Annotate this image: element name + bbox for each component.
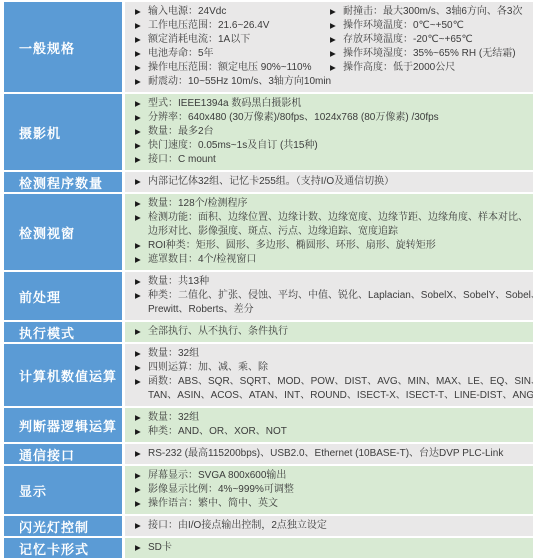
spec-item-text: 数量：32组 [148,411,199,425]
spec-row-columns: ▶全部执行、从不执行、条件执行 [135,325,529,339]
spec-row-content: ▶内部记忆体32组、记忆卡255组。（支持I/O及通信切换） [125,172,533,192]
spec-item-text: 接口：C mount [148,153,216,167]
spec-item: ▶边形对比、影像强度、斑点、污点、边缘追踪、宽度追踪 [135,225,529,239]
spec-column: ▶数量：32组▶四则运算：加、减、乘、除▶函数：ABS、SQR、SQRT、MOD… [135,347,529,403]
spec-item-text: 操作高度：低于2000公尺 [343,61,455,75]
triangle-bullet-icon: ▶ [135,153,148,167]
spec-table: 一般规格 ▶输入电源：24Vdc▶工作电压范围：21.6~26.4V▶额定消耗电… [0,0,533,558]
spec-item-text: 快门速度：0.05ms~1s及自订 (共15种) [148,139,318,153]
spec-row: 检测程序数量 ▶内部记忆体32组、记忆卡255组。（支持I/O及通信切换） [4,172,533,192]
spec-item-text: SD卡 [148,541,172,555]
spec-row-content: ▶全部执行、从不执行、条件执行 [125,322,533,342]
spec-item: ▶数量：32组 [135,411,529,425]
spec-item: ▶RS-232 (最高115200bps)、USB2.0、Ethernet (1… [135,447,529,461]
spec-item: ▶数量：128个/检测程序 [135,197,529,211]
spec-item: ▶屏幕显示：SVGA 800x600输出 [135,469,529,483]
spec-row-columns: ▶数量：32组▶四则运算：加、减、乘、除▶函数：ABS、SQR、SQRT、MOD… [135,347,529,403]
triangle-bullet-icon: ▶ [330,47,343,61]
spec-column: ▶全部执行、从不执行、条件执行 [135,325,529,339]
spec-item: ▶影像显示比例：4%~999%可调整 [135,483,529,497]
spec-column: ▶型式：IEEE1394a 数码黑白摄影机▶分辨率：640x480 (30万像素… [135,97,529,167]
spec-row-content: ▶RS-232 (最高115200bps)、USB2.0、Ethernet (1… [125,444,533,464]
spec-row-label: 摄影机 [4,94,122,170]
triangle-bullet-icon: ▶ [135,361,148,375]
triangle-bullet-icon: ▶ [135,75,148,89]
triangle-bullet-icon: ▶ [135,111,148,125]
spec-item: ▶操作语言：繁中、简中、英文 [135,497,529,511]
spec-row-content: ▶屏幕显示：SVGA 800x600输出▶影像显示比例：4%~999%可调整▶操… [125,466,533,514]
spec-column: ▶数量：共13种▶种类：二值化、扩张、侵蚀、平均、中值、锐化、Laplacian… [135,275,529,317]
spec-item: ▶快门速度：0.05ms~1s及自订 (共15种) [135,139,529,153]
triangle-bullet-icon: ▶ [330,5,343,19]
spec-item-text: 数量：共13种 [148,275,209,289]
spec-item: ▶操作电压范围：额定电压 90%~110% [135,61,330,75]
spec-row-content: ▶输入电源：24Vdc▶工作电压范围：21.6~26.4V▶额定消耗电流：1A以… [125,2,533,92]
spec-item: ▶四则运算：加、减、乘、除 [135,361,529,375]
triangle-bullet-icon: ▶ [330,33,343,47]
spec-item: ▶内部记忆体32组、记忆卡255组。（支持I/O及通信切换） [135,175,529,189]
triangle-bullet-icon: ▶ [135,33,148,47]
spec-column: ▶RS-232 (最高115200bps)、USB2.0、Ethernet (1… [135,447,529,461]
triangle-bullet-icon: ▶ [135,541,148,555]
spec-item: ▶Prewitt、Roberts、差分 [135,303,529,317]
spec-item-text: 影像显示比例：4%~999%可调整 [148,483,294,497]
spec-row-label: 闪光灯控制 [4,516,122,536]
triangle-bullet-icon: ▶ [135,5,148,19]
spec-item-text: 操作环境温度：0℃~+50℃ [343,19,464,33]
spec-row-columns: ▶数量：共13种▶种类：二值化、扩张、侵蚀、平均、中值、锐化、Laplacian… [135,275,529,317]
spec-item: ▶输入电源：24Vdc [135,5,330,19]
triangle-bullet-icon: ▶ [135,19,148,33]
spec-row-columns: ▶内部记忆体32组、记忆卡255组。（支持I/O及通信切换） [135,175,529,189]
spec-item-text: RS-232 (最高115200bps)、USB2.0、Ethernet (10… [148,447,503,461]
spec-row-columns: ▶屏幕显示：SVGA 800x600输出▶影像显示比例：4%~999%可调整▶操… [135,469,529,511]
spec-row-label: 判断器逻辑运算 [4,408,122,442]
spec-row: 记忆卡形式 ▶SD卡 [4,538,533,558]
spec-item: ▶耐撞击：最大300m/s、3轴6方向、各3次 [330,5,529,19]
spec-item: ▶接口：由I/O接点输出控制，2点独立设定 [135,519,529,533]
spec-item-text: 存放环境温度：-20℃~+65℃ [343,33,473,47]
spec-item: ▶遮罩数目：4个/检视窗口 [135,253,529,267]
spec-column: ▶SD卡 [135,541,529,555]
spec-item: ▶存放环境温度：-20℃~+65℃ [330,33,529,47]
spec-column: ▶接口：由I/O接点输出控制，2点独立设定 [135,519,529,533]
spec-row-label: 显示 [4,466,122,514]
spec-row-columns: ▶RS-232 (最高115200bps)、USB2.0、Ethernet (1… [135,447,529,461]
spec-item-text: TAN、ASIN、ACOS、ATAN、INT、ROUND、ISECT-X、ISE… [148,389,533,403]
spec-column: ▶数量：128个/检测程序▶检测功能：面积、边缘位置、边缘计数、边缘宽度、边缘节… [135,197,529,267]
spec-row-content: ▶数量：32组▶种类：AND、OR、XOR、NOT [125,408,533,442]
triangle-bullet-icon: ▶ [135,469,148,483]
spec-item-text: 数量：128个/检测程序 [148,197,247,211]
spec-row-content: ▶数量：共13种▶种类：二值化、扩张、侵蚀、平均、中值、锐化、Laplacian… [125,272,533,320]
spec-item: ▶检测功能：面积、边缘位置、边缘计数、边缘宽度、边缘节距、边缘角度、样本对比、 [135,211,529,225]
triangle-bullet-icon: ▶ [135,411,148,425]
spec-row: 判断器逻辑运算 ▶数量：32组▶种类：AND、OR、XOR、NOT [4,408,533,442]
spec-item-text: 种类：二值化、扩张、侵蚀、平均、中值、锐化、Laplacian、SobelX、S… [148,289,533,303]
triangle-bullet-icon: ▶ [135,175,148,189]
spec-item-text: 边形对比、影像强度、斑点、污点、边缘追踪、宽度追踪 [148,225,398,239]
spec-item-text: 分辨率：640x480 (30万像素)/80fps、1024x768 (80万像… [148,111,439,125]
spec-row-label: 一般规格 [4,2,122,92]
spec-item-text: ROI种类：矩形、圆形、多边形、椭圆形、环形、扇形、旋转矩形 [148,239,436,253]
spec-item-text: 数量：32组 [148,347,199,361]
spec-item-text: 操作电压范围：额定电压 90%~110% [148,61,311,75]
spec-row: 执行模式 ▶全部执行、从不执行、条件执行 [4,322,533,342]
triangle-bullet-icon: ▶ [135,125,148,139]
spec-item: ▶TAN、ASIN、ACOS、ATAN、INT、ROUND、ISECT-X、IS… [135,389,529,403]
spec-item: ▶函数：ABS、SQR、SQRT、MOD、POW、DIST、AVG、MIN、MA… [135,375,529,389]
spec-item-text: 型式：IEEE1394a 数码黑白摄影机 [148,97,301,111]
spec-item-text: 电池寿命：5年 [148,47,214,61]
spec-row-label: 计算机数值运算 [4,344,122,406]
spec-item: ▶型式：IEEE1394a 数码黑白摄影机 [135,97,529,111]
spec-item-text: 操作语言：繁中、简中、英文 [148,497,278,511]
spec-item: ▶SD卡 [135,541,529,555]
spec-item: ▶电池寿命：5年 [135,47,330,61]
triangle-bullet-icon: ▶ [135,447,148,461]
triangle-bullet-icon: ▶ [135,425,148,439]
spec-item-text: 函数：ABS、SQR、SQRT、MOD、POW、DIST、AVG、MIN、MAX… [148,375,533,389]
triangle-bullet-icon: ▶ [135,497,148,511]
spec-item-text: Prewitt、Roberts、差分 [148,303,254,317]
spec-row-content: ▶型式：IEEE1394a 数码黑白摄影机▶分辨率：640x480 (30万像素… [125,94,533,170]
spec-item-text: 屏幕显示：SVGA 800x600输出 [148,469,286,483]
triangle-bullet-icon: ▶ [135,253,148,267]
spec-row-columns: ▶SD卡 [135,541,529,555]
spec-row: 前处理 ▶数量：共13种▶种类：二值化、扩张、侵蚀、平均、中值、锐化、Lapla… [4,272,533,320]
spec-row-label: 通信接口 [4,444,122,464]
spec-row-columns: ▶型式：IEEE1394a 数码黑白摄影机▶分辨率：640x480 (30万像素… [135,97,529,167]
spec-column: ▶耐撞击：最大300m/s、3轴6方向、各3次▶操作环境温度：0℃~+50℃▶存… [330,5,529,89]
spec-item-text: 内部记忆体32组、记忆卡255组。（支持I/O及通信切换） [148,175,394,189]
spec-row: 检测视窗 ▶数量：128个/检测程序▶检测功能：面积、边缘位置、边缘计数、边缘宽… [4,194,533,270]
spec-item: ▶ROI种类：矩形、圆形、多边形、椭圆形、环形、扇形、旋转矩形 [135,239,529,253]
spec-item: ▶种类：二值化、扩张、侵蚀、平均、中值、锐化、Laplacian、SobelX、… [135,289,529,303]
spec-item-text: 四则运算：加、减、乘、除 [148,361,268,375]
spec-item: ▶接口：C mount [135,153,529,167]
triangle-bullet-icon: ▶ [135,483,148,497]
spec-item: ▶数量：32组 [135,347,529,361]
spec-row-label: 前处理 [4,272,122,320]
spec-row-columns: ▶数量：32组▶种类：AND、OR、XOR、NOT [135,411,529,439]
triangle-bullet-icon: ▶ [135,275,148,289]
triangle-bullet-icon: ▶ [135,325,148,339]
spec-item-text: 种类：AND、OR、XOR、NOT [148,425,287,439]
spec-row-content: ▶SD卡 [125,538,533,558]
spec-row-label: 检测程序数量 [4,172,122,192]
triangle-bullet-icon: ▶ [135,139,148,153]
spec-item-text: 耐撞击：最大300m/s、3轴6方向、各3次 [343,5,522,19]
triangle-bullet-icon: ▶ [135,61,148,75]
triangle-bullet-icon: ▶ [135,97,148,111]
spec-row-label: 检测视窗 [4,194,122,270]
spec-item-text: 工作电压范围：21.6~26.4V [148,19,269,33]
spec-item-text: 耐震动：10~55Hz 10m/s、3轴方向10min [148,75,331,89]
spec-item-text: 额定消耗电流：1A以下 [148,33,250,47]
spec-column: ▶内部记忆体32组、记忆卡255组。（支持I/O及通信切换） [135,175,529,189]
spec-item: ▶数量：最多2台 [135,125,529,139]
spec-row: 闪光灯控制 ▶接口：由I/O接点输出控制，2点独立设定 [4,516,533,536]
spec-row-label: 执行模式 [4,322,122,342]
spec-item-text: 检测功能：面积、边缘位置、边缘计数、边缘宽度、边缘节距、边缘角度、样本对比、 [148,211,528,225]
spec-item: ▶数量：共13种 [135,275,529,289]
spec-row-content: ▶数量：128个/检测程序▶检测功能：面积、边缘位置、边缘计数、边缘宽度、边缘节… [125,194,533,270]
spec-row-label: 记忆卡形式 [4,538,122,558]
spec-item-text: 接口：由I/O接点输出控制，2点独立设定 [148,519,327,533]
spec-item: ▶操作环境湿度：35%~65% RH (无结霜) [330,47,529,61]
spec-item: ▶全部执行、从不执行、条件执行 [135,325,529,339]
triangle-bullet-icon: ▶ [135,347,148,361]
spec-row: 摄影机 ▶型式：IEEE1394a 数码黑白摄影机▶分辨率：640x480 (3… [4,94,533,170]
spec-item-text: 数量：最多2台 [148,125,214,139]
spec-row-columns: ▶输入电源：24Vdc▶工作电压范围：21.6~26.4V▶额定消耗电流：1A以… [135,5,529,89]
spec-column: ▶数量：32组▶种类：AND、OR、XOR、NOT [135,411,529,439]
spec-item: ▶耐震动：10~55Hz 10m/s、3轴方向10min [135,75,330,89]
spec-row: 显示 ▶屏幕显示：SVGA 800x600输出▶影像显示比例：4%~999%可调… [4,466,533,514]
spec-item: ▶操作高度：低于2000公尺 [330,61,529,75]
spec-row-content: ▶接口：由I/O接点输出控制，2点独立设定 [125,516,533,536]
spec-row: 一般规格 ▶输入电源：24Vdc▶工作电压范围：21.6~26.4V▶额定消耗电… [4,2,533,92]
spec-item-text: 输入电源：24Vdc [148,5,226,19]
spec-column: ▶输入电源：24Vdc▶工作电压范围：21.6~26.4V▶额定消耗电流：1A以… [135,5,330,89]
spec-item-text: 操作环境湿度：35%~65% RH (无结霜) [343,47,516,61]
spec-row-columns: ▶数量：128个/检测程序▶检测功能：面积、边缘位置、边缘计数、边缘宽度、边缘节… [135,197,529,267]
spec-item-text: 全部执行、从不执行、条件执行 [148,325,288,339]
spec-item: ▶分辨率：640x480 (30万像素)/80fps、1024x768 (80万… [135,111,529,125]
triangle-bullet-icon: ▶ [135,47,148,61]
spec-item: ▶种类：AND、OR、XOR、NOT [135,425,529,439]
spec-column: ▶屏幕显示：SVGA 800x600输出▶影像显示比例：4%~999%可调整▶操… [135,469,529,511]
triangle-bullet-icon: ▶ [330,19,343,33]
spec-item: ▶额定消耗电流：1A以下 [135,33,330,47]
spec-row-content: ▶数量：32组▶四则运算：加、减、乘、除▶函数：ABS、SQR、SQRT、MOD… [125,344,533,406]
triangle-bullet-icon: ▶ [135,211,148,225]
spec-row: 通信接口 ▶RS-232 (最高115200bps)、USB2.0、Ethern… [4,444,533,464]
triangle-bullet-icon: ▶ [135,197,148,211]
triangle-bullet-icon: ▶ [135,289,148,303]
triangle-bullet-icon: ▶ [135,519,148,533]
spec-item-text: 遮罩数目：4个/检视窗口 [148,253,256,267]
spec-row-columns: ▶接口：由I/O接点输出控制，2点独立设定 [135,519,529,533]
spec-row: 计算机数值运算 ▶数量：32组▶四则运算：加、减、乘、除▶函数：ABS、SQR、… [4,344,533,406]
spec-item: ▶操作环境温度：0℃~+50℃ [330,19,529,33]
triangle-bullet-icon: ▶ [330,61,343,75]
triangle-bullet-icon: ▶ [135,239,148,253]
spec-item: ▶工作电压范围：21.6~26.4V [135,19,330,33]
triangle-bullet-icon: ▶ [135,375,148,389]
